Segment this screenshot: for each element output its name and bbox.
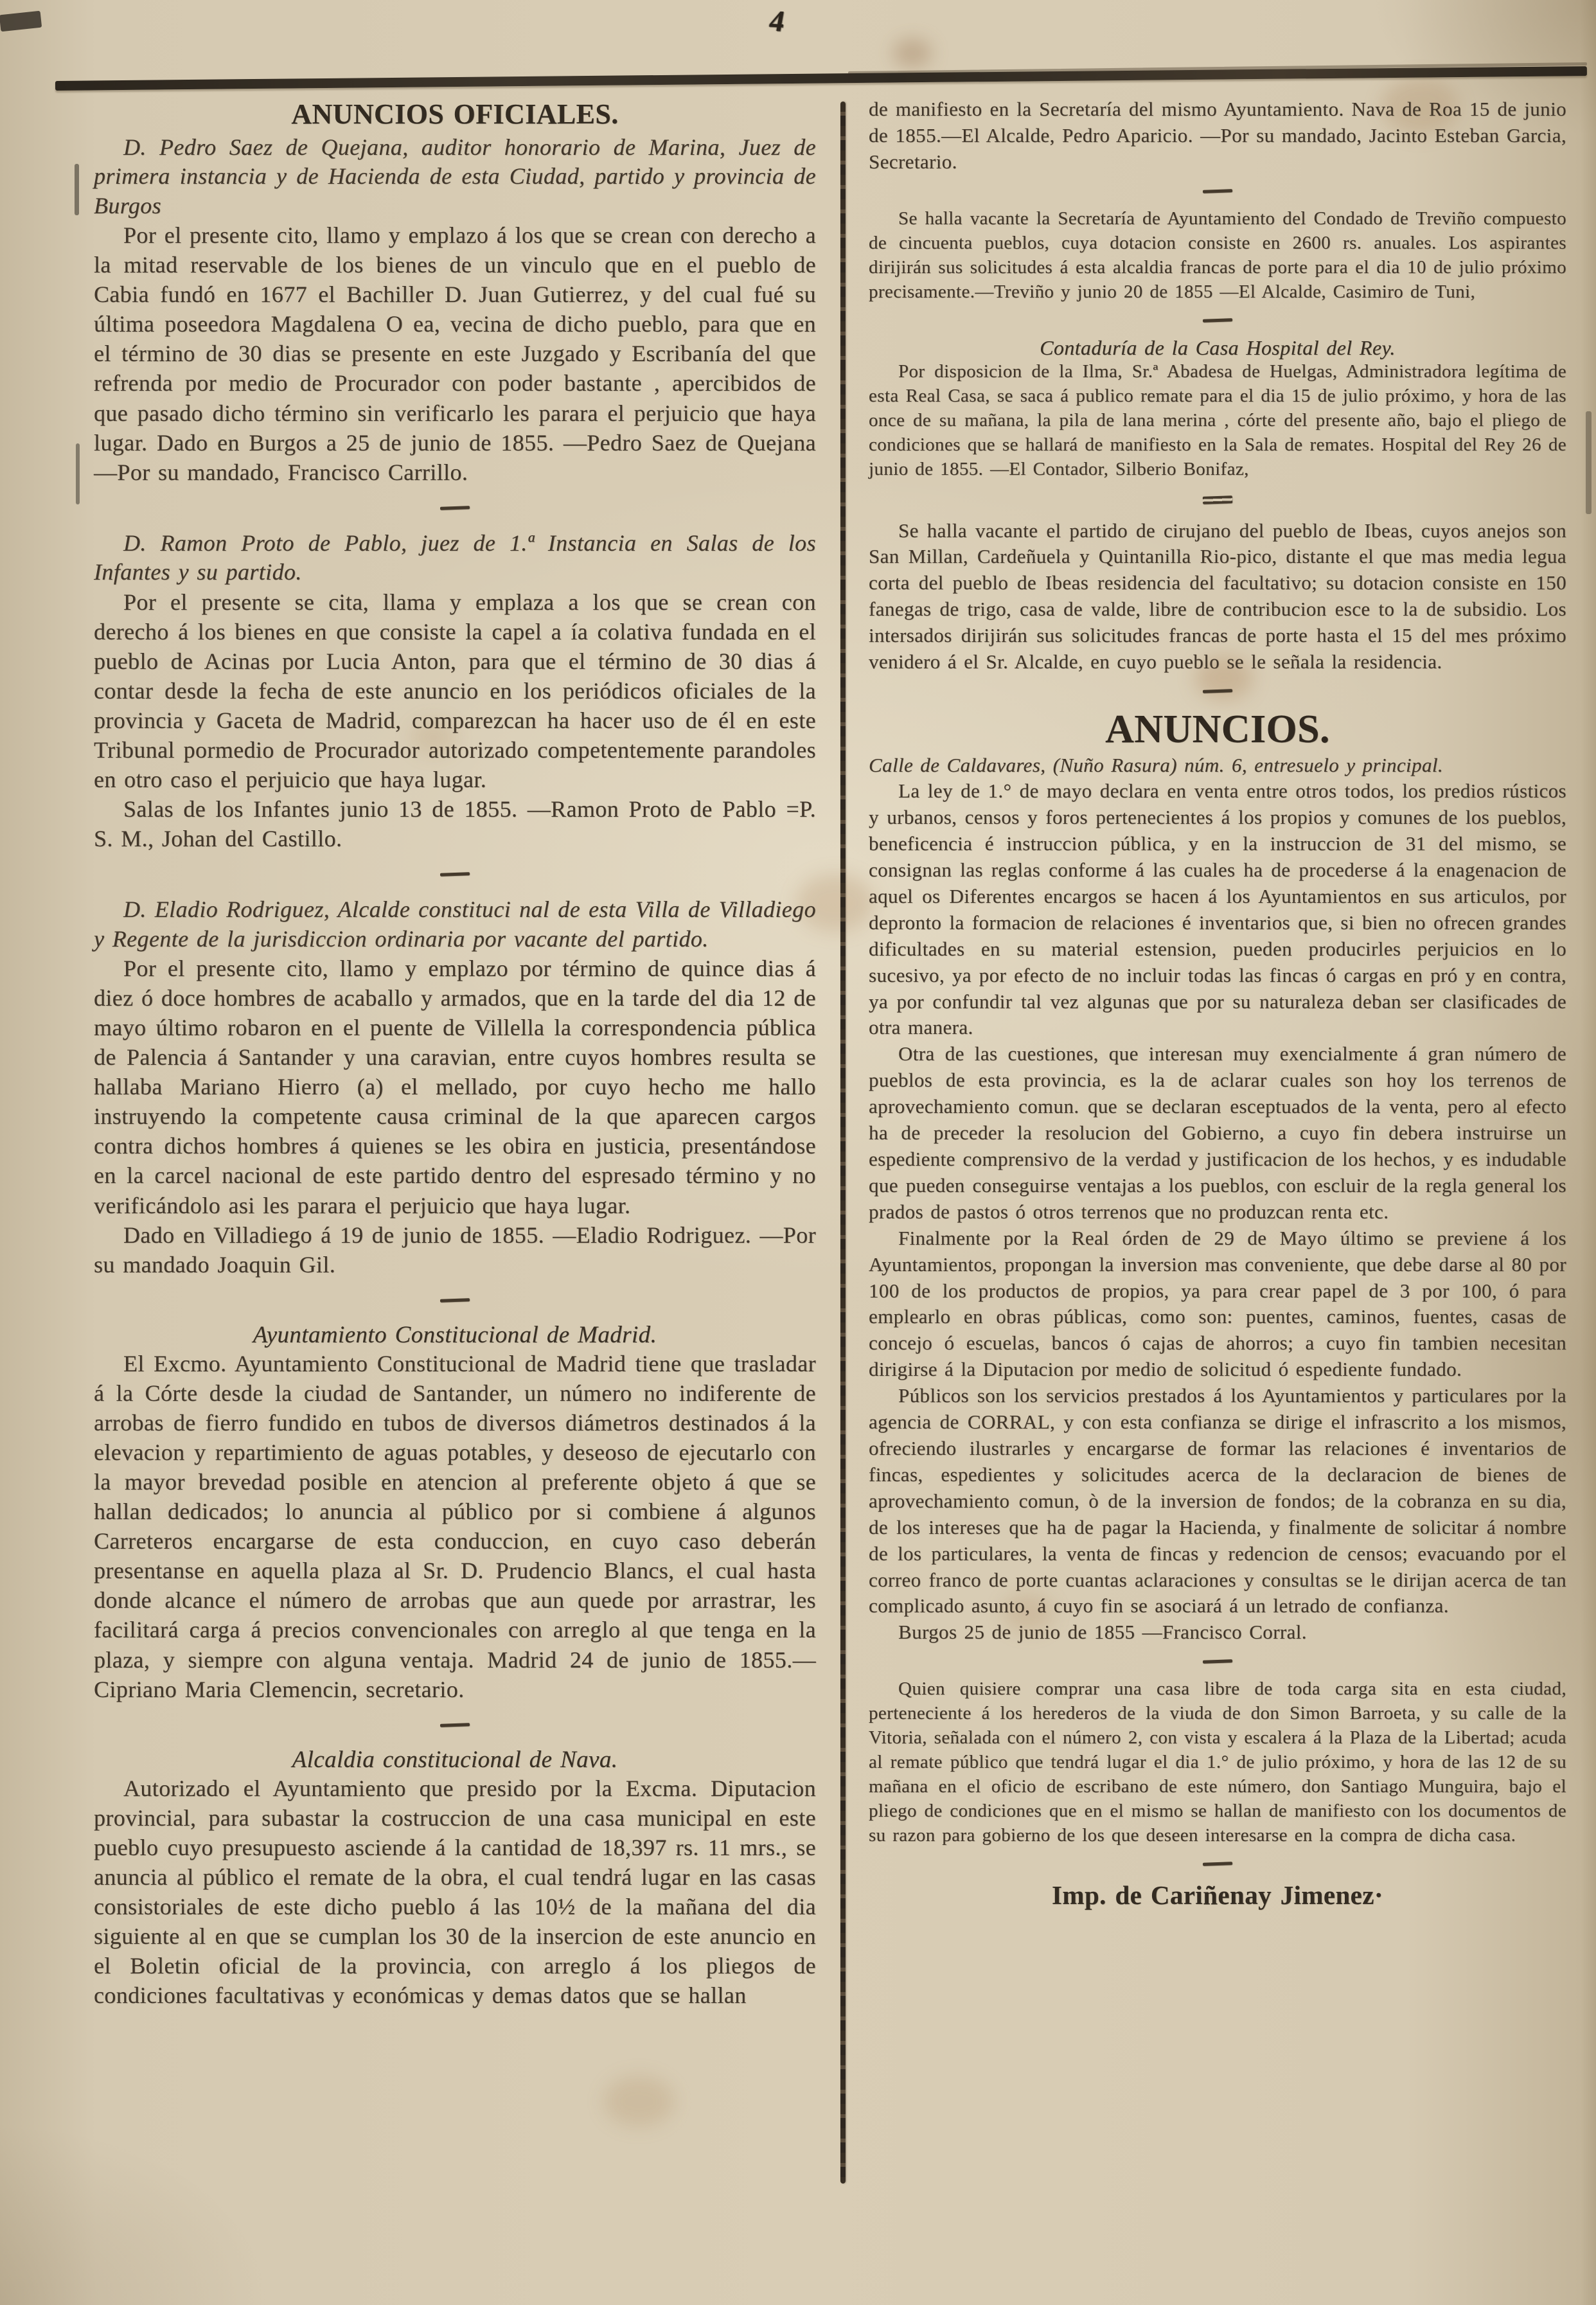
paper-stain (604, 2076, 675, 2127)
announcement-body: Por el presente cito, llamo y emplazo á … (94, 220, 816, 487)
section-divider (1203, 189, 1232, 193)
official-announcements-heading: ANUNCIOS OFICIALES. (94, 98, 816, 130)
finalmente-paragraph: Finalmente por la Real órden de 29 de Ma… (869, 1225, 1566, 1383)
announcement-title: D. Pedro Saez de Quejana, auditor honora… (94, 133, 816, 220)
page-number: 4 (767, 3, 787, 38)
section-divider (440, 1298, 470, 1303)
hospital-del-rey-body: Por disposicion de la Ilma, Sr.ª Abadesa… (869, 360, 1566, 482)
corral-signature: Burgos 25 de junio de 1855 —Francisco Co… (869, 1619, 1566, 1646)
section-divider (440, 1723, 470, 1727)
right-column: de manifiesto en la Secretaría del mismo… (869, 96, 1566, 1910)
otra-paragraph: Otra de las cuestiones, que interesan mu… (869, 1041, 1566, 1225)
ink-smudge (76, 443, 80, 504)
header-rule (55, 66, 1587, 91)
announcement-title: D. Eladio Rodriguez, Alcalde constituci … (94, 895, 816, 954)
announcement-signature: Dado en Villadiego á 19 de junio de 1855… (94, 1220, 816, 1279)
section-divider (440, 872, 470, 877)
corral-agency-paragraph: Públicos son los servicios prestados á l… (869, 1383, 1566, 1619)
madrid-section-heading: Ayuntamiento Constitucional de Madrid. (94, 1321, 816, 1349)
house-sale-paragraph: Quien quisiere comprar una casa libre de… (869, 1677, 1566, 1848)
section-divider (1203, 318, 1232, 323)
section-divider (1203, 1659, 1232, 1664)
trevino-vacancy-paragraph: Se halla vacante la Secretaría de Ayunta… (869, 207, 1566, 305)
announcement-body: Autorizado el Ayuntamiento que presido p… (94, 1774, 816, 2011)
newspaper-page: { "page": { "number": "4", "printer": "I… (0, 0, 1596, 2305)
section-divider (1203, 1862, 1232, 1866)
section-divider-double (1203, 495, 1232, 504)
address-line: Calle de Caldavares, (Nuño Rasura) núm. … (869, 752, 1566, 778)
ley-paragraph: La ley de 1.° de mayo declara en venta e… (869, 778, 1566, 1041)
left-column: ANUNCIOS OFICIALES. D. Pedro Saez de Que… (94, 98, 816, 2010)
announcement-title: D. Ramon Proto de Pablo, juez de 1.ª Ins… (94, 529, 816, 587)
ink-smudge (0, 11, 42, 32)
ink-smudge (1586, 411, 1592, 514)
hospital-del-rey-heading: Contaduría de la Casa Hospital del Rey. (869, 336, 1566, 360)
announcement-body: Por el presente cito, llamo y emplazo po… (94, 954, 816, 1220)
section-divider (1203, 689, 1232, 693)
printer-imprint: Imp. de Cariñenay Jimenez· (869, 1880, 1566, 1910)
anuncios-heading: ANUNCIOS. (869, 707, 1566, 752)
column-divider-rule (840, 102, 846, 2184)
announcement-body: Por el presente se cita, llama y emplaza… (94, 587, 816, 795)
section-divider (440, 506, 470, 510)
announcement-body: El Excmo. Ayuntamiento Constitucional de… (94, 1349, 816, 1704)
cirujano-vacancy-paragraph: Se halla vacante el partido de cirujano … (869, 518, 1566, 675)
paper-stain (893, 39, 932, 67)
ink-smudge (75, 164, 79, 215)
continued-paragraph: de manifiesto en la Secretaría del mismo… (869, 96, 1566, 175)
nava-section-heading: Alcaldia constitucional de Nava. (94, 1746, 816, 1774)
announcement-signature: Salas de los Infantes junio 13 de 1855. … (94, 794, 816, 853)
